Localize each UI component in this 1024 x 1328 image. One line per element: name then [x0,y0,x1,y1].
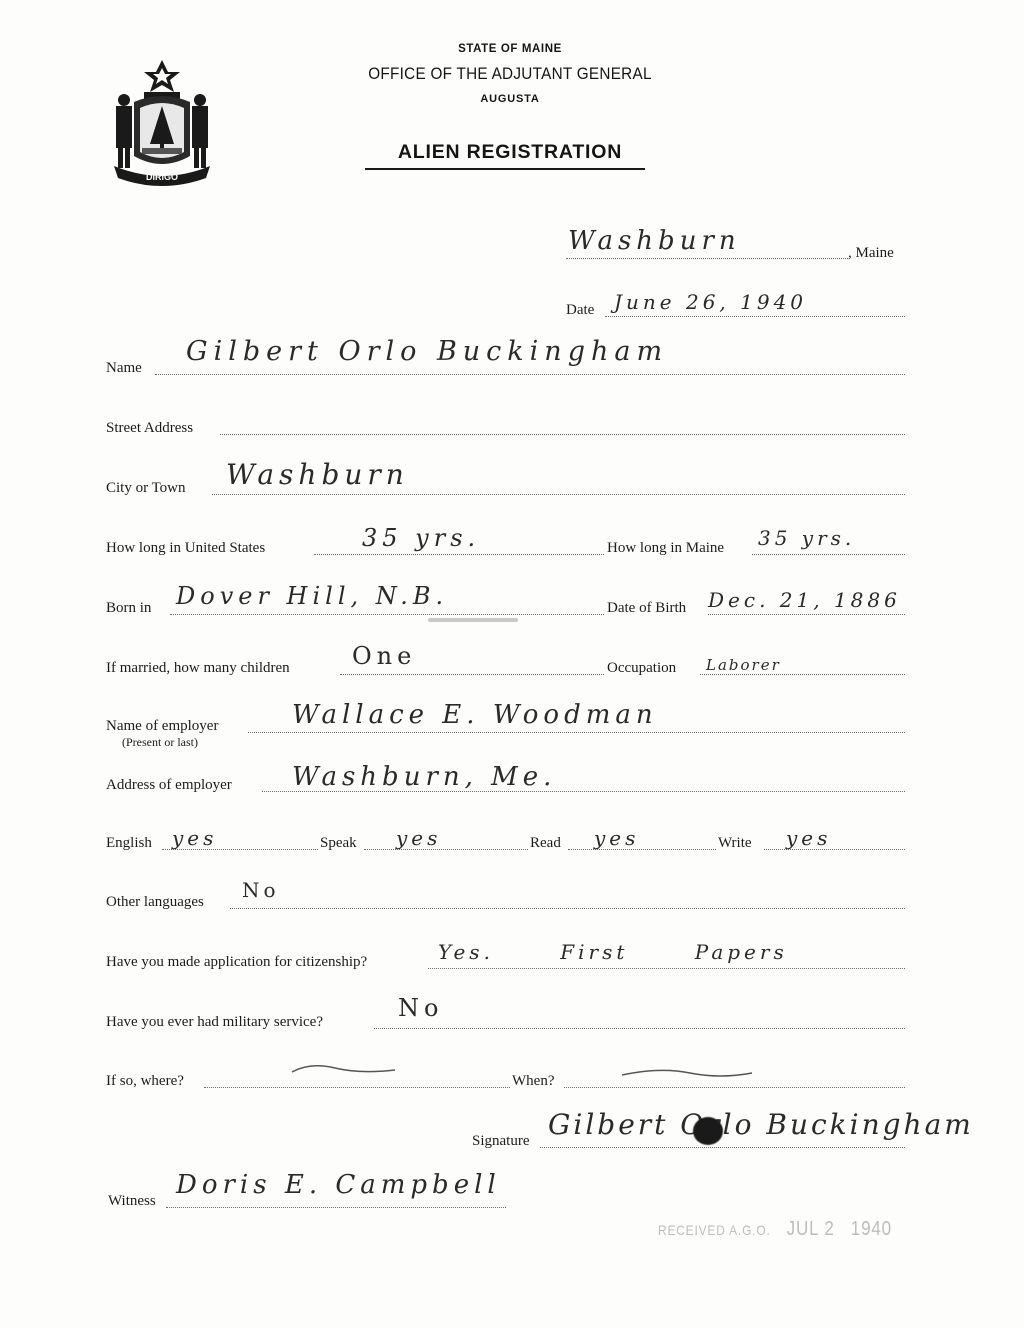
when-label: When? [512,1073,554,1090]
citizenship-value[interactable]: Yes. First Papers [438,940,788,964]
maine-seal-icon: DIRIGO [108,58,216,186]
how-long-us-line [314,554,604,555]
how-long-maine-label: How long in Maine [607,540,724,557]
stamp-text: RECEIVED A.G.O. [658,1222,771,1238]
other-languages-value[interactable]: No [242,878,280,902]
dob-label: Date of Birth [607,600,686,617]
write-label: Write [718,835,752,852]
citizenship-label: Have you made application for citizenshi… [106,954,367,971]
witness-label: Witness [108,1193,156,1210]
witness-value[interactable]: Doris E. Campbell [176,1170,501,1200]
how-long-us-label: How long in United States [106,540,265,557]
signature-label: Signature [472,1133,530,1150]
speak-value[interactable]: yes [396,826,441,850]
title-underline [365,168,645,170]
read-line [568,849,716,850]
received-stamp: RECEIVED A.G.O. JUL 2 1940 [658,1218,892,1241]
how-long-us-value[interactable]: 35 yrs. [362,524,480,552]
name-value[interactable]: Gilbert Orlo Buckingham [186,336,668,367]
header-office: OFFICE OF THE ADJUTANT GENERAL [321,64,699,84]
city-label: City or Town [106,480,186,497]
read-value[interactable]: yes [594,826,639,850]
ink-blot [693,1117,723,1145]
how-long-maine-value[interactable]: 35 yrs. [758,526,855,550]
town-value[interactable]: Washburn [568,226,741,256]
when-dash-mark [620,1065,755,1081]
stamp-year: 1940 [851,1218,892,1240]
speak-line [364,849,528,850]
children-line [340,674,604,675]
stamp-date: JUL 2 [787,1218,835,1240]
employer-name-label: Name of employer [106,718,218,735]
signature-value[interactable]: Gilbert Orlo Buckingham [548,1108,974,1141]
children-label: If married, how many children [106,660,290,677]
svg-text:DIRIGO: DIRIGO [146,172,178,182]
witness-line [166,1207,506,1208]
military-line [374,1028,905,1029]
military-label: Have you ever had military service? [106,1014,323,1031]
header-state: STATE OF MAINE [300,43,720,55]
city-value[interactable]: Washburn [226,458,409,491]
where-line [204,1087,510,1088]
date-value[interactable]: June 26, 1940 [614,290,807,314]
born-in-value[interactable]: Dover Hill, N.B. [176,582,448,610]
speak-label: Speak [320,835,357,852]
employer-name-line [248,732,905,733]
employer-address-value[interactable]: Washburn, Me. [292,762,556,792]
children-value[interactable]: One [352,642,416,670]
english-value[interactable]: yes [172,826,217,850]
employer-address-label: Address of employer [106,777,232,794]
where-label: If so, where? [106,1073,184,1090]
occupation-label: Occupation [607,660,676,677]
employer-name-sublabel: (Present or last) [122,735,198,750]
name-line [155,374,905,375]
write-value[interactable]: yes [786,826,831,850]
street-address-line [220,434,905,435]
erasure-smudge [428,618,518,622]
dob-value[interactable]: Dec. 21, 1886 [708,588,901,612]
dob-line [708,614,905,615]
occupation-value[interactable]: Laborer [706,656,781,674]
town-line [566,258,848,259]
maine-label: , Maine [848,245,894,262]
how-long-maine-line [752,554,905,555]
date-line [605,316,905,317]
employer-name-value[interactable]: Wallace E. Woodman [292,700,658,730]
alien-registration-form: DIRIGO STATE OF MAINE OFFICE OF THE ADJU… [0,0,1024,1328]
citizenship-line [428,968,905,969]
signature-line [540,1147,905,1148]
other-languages-label: Other languages [106,894,204,911]
where-dash-mark [290,1060,400,1080]
city-line [212,494,905,495]
read-label: Read [530,835,561,852]
other-languages-line [230,908,905,909]
street-address-label: Street Address [106,420,193,437]
date-label: Date [566,302,594,319]
name-label: Name [106,360,142,377]
military-value[interactable]: No [398,994,443,1022]
born-in-line [170,614,604,615]
born-in-label: Born in [106,600,151,617]
header-city: AUGUSTA [300,93,720,105]
when-line [564,1087,905,1088]
occupation-line [700,674,905,675]
page-title: ALIEN REGISTRATION [300,141,720,164]
english-label: English [106,835,152,852]
